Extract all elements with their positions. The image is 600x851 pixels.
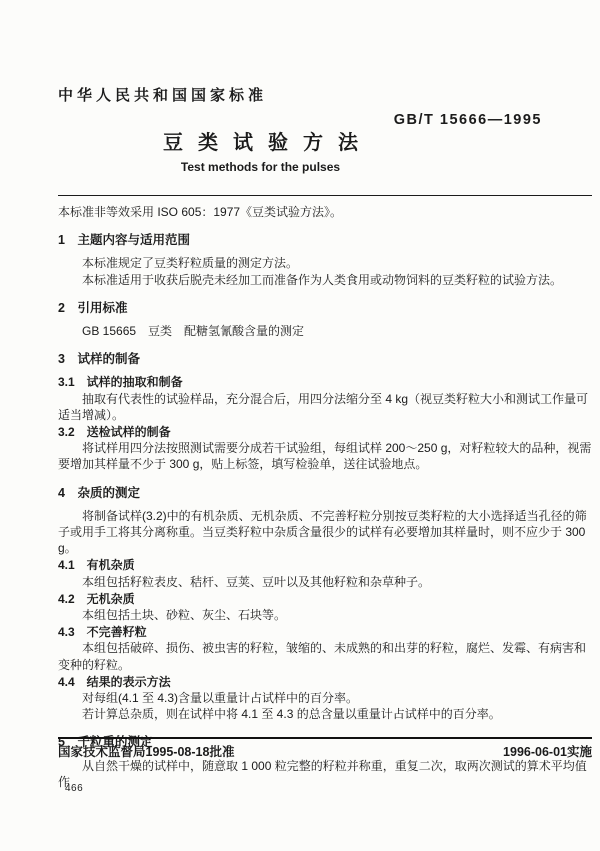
section-1-paragraph-1: 本标准规定了豆类籽粒质量的测定方法。: [58, 255, 592, 271]
footer-divider-rule: [58, 737, 592, 739]
approval-authority-date: 国家技术监督局1995-08-18批准: [58, 742, 234, 760]
section-3-2-paragraph: 将试样用四分法按照测试需要分成若干试验组，每组试样 200～250 g，对籽粒较…: [58, 440, 592, 472]
header-divider-rule: [58, 195, 592, 196]
section-4-paragraph: 将制备试样(3.2)中的有机杂质、无机杂质、不完善籽粒分别按豆类籽粒的大小选择适…: [58, 508, 592, 557]
section-3-heading: 3 试样的制备: [58, 351, 592, 367]
section-4-2-paragraph: 本组包括土块、砂粒、灰尘、石块等。: [58, 607, 592, 623]
section-4-3-paragraph: 本组包括破碎、损伤、被虫害的籽粒，皱缩的、未成熟的和出芽的籽粒，腐烂、发霉、有病…: [58, 640, 592, 672]
section-3-1-paragraph: 抽取有代表性的试验样品，充分混合后，用四分法缩分至 4 kg（视豆类籽粒大小和测…: [58, 391, 592, 423]
national-standard-label: 中华人民共和国国家标准: [58, 84, 463, 105]
page-number: 466: [65, 783, 83, 794]
section-4-1-paragraph: 本组包括籽粒表皮、秸杆、豆荚、豆叶以及其他籽粒和杂草种子。: [58, 574, 592, 590]
document-header: 中华人民共和国国家标准 GB/T 15666—1995 豆类试验方法 Test …: [58, 0, 592, 196]
section-3-1-heading: 3.1 试样的抽取和制备: [58, 374, 592, 390]
document-page: 中华人民共和国国家标准 GB/T 15666—1995 豆类试验方法 Test …: [0, 0, 600, 851]
page-content: 中华人民共和国国家标准 GB/T 15666—1995 豆类试验方法 Test …: [58, 0, 592, 790]
document-title-english: Test methods for the pulses: [58, 160, 463, 174]
implementation-date: 1996-06-01实施: [503, 742, 592, 760]
section-2-heading: 2 引用标准: [58, 300, 592, 316]
section-1-paragraph-2: 本标准适用于收获后脱壳未经加工而准备作为人类食用或动物饲料的豆类籽粒的试验方法。: [58, 272, 592, 288]
section-1-heading: 1 主题内容与适用范围: [58, 232, 592, 248]
section-4-heading: 4 杂质的测定: [58, 485, 592, 501]
section-4-2-heading: 4.2 无机杂质: [58, 591, 592, 607]
document-body: 本标准非等效采用 ISO 605：1977《豆类试验方法》。 1 主题内容与适用…: [58, 204, 592, 790]
section-4-3-heading: 4.3 不完善籽粒: [58, 624, 592, 640]
section-4-4-paragraph-2: 若计算总杂质，则在试样中将 4.1 至 4.3 的总含量以重量计占试样中的百分率…: [58, 706, 592, 722]
footer: 国家技术监督局1995-08-18批准 1996-06-01实施: [58, 742, 592, 760]
section-4-4-heading: 4.4 结果的表示方法: [58, 674, 592, 690]
document-title-chinese: 豆类试验方法: [58, 126, 463, 155]
section-2-reference: GB 15665 豆类 配糖氢氰酸含量的测定: [58, 323, 592, 339]
intro-adoption-note: 本标准非等效采用 ISO 605：1977《豆类试验方法》。: [58, 204, 592, 220]
section-4-1-heading: 4.1 有机杂质: [58, 557, 592, 573]
section-4-4-paragraph-1: 对每组(4.1 至 4.3)含量以重量计占试样中的百分率。: [58, 690, 592, 706]
section-5-paragraph: 从自然干燥的试样中，随意取 1 000 粒完整的籽粒并称重，重复二次，取两次测试…: [58, 758, 592, 790]
section-3-2-heading: 3.2 送检试样的制备: [58, 424, 592, 440]
